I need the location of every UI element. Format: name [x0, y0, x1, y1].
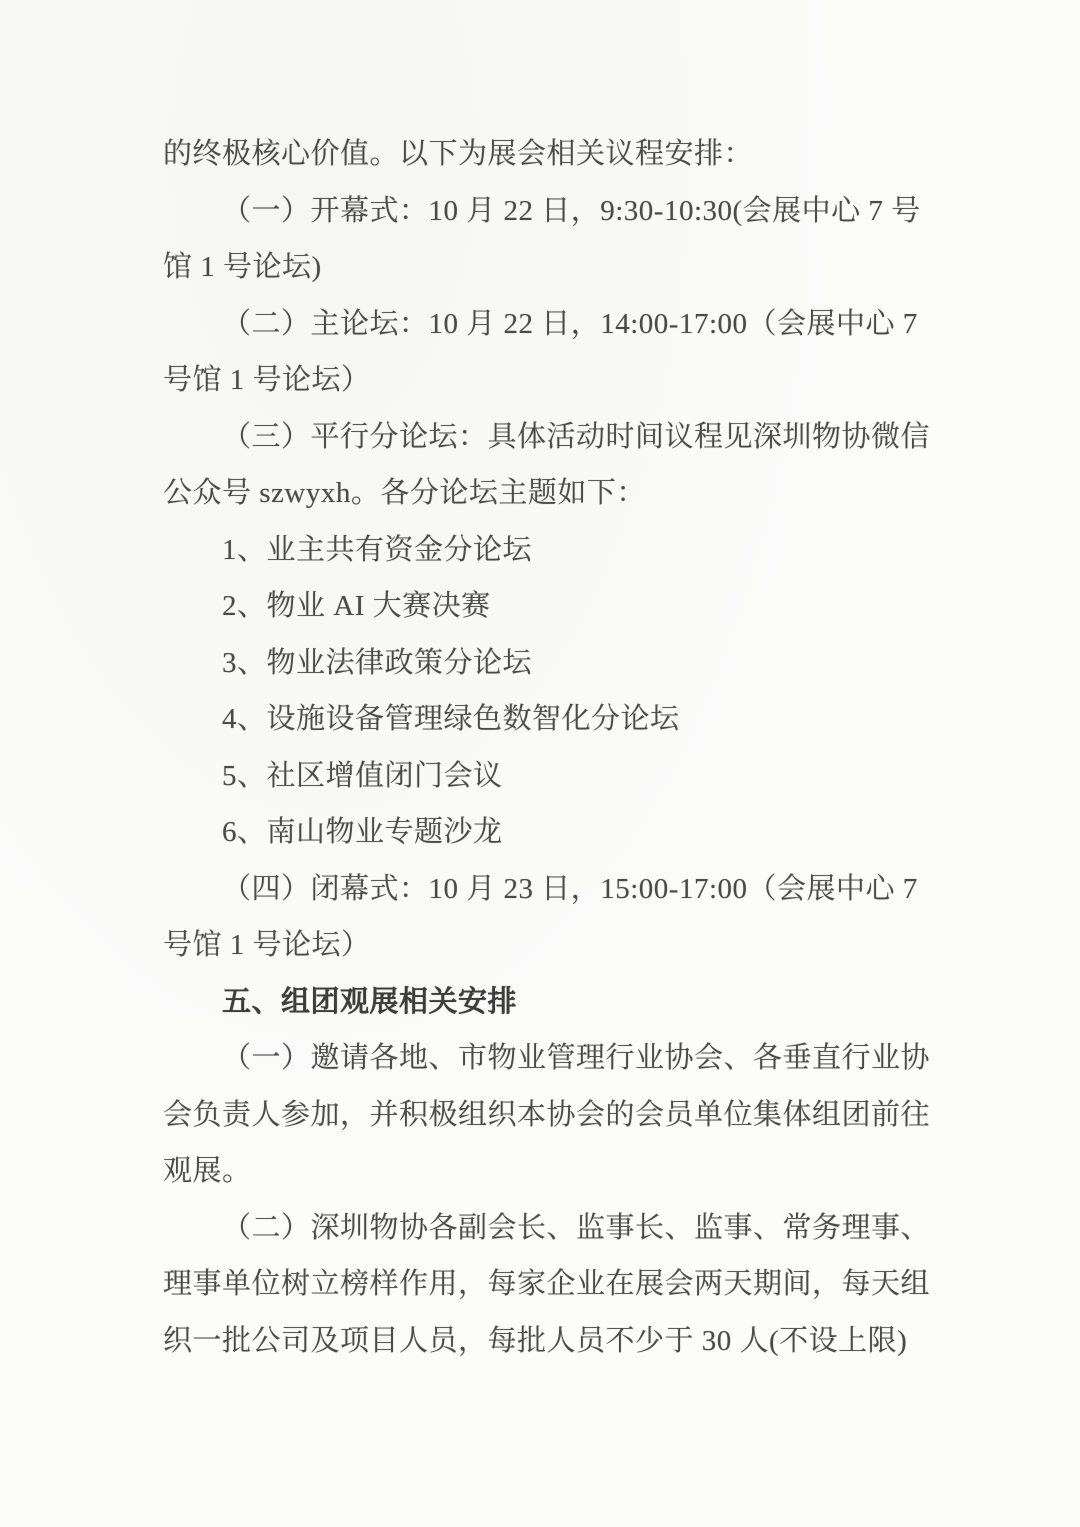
doc-line-group-visit-1: （一）邀请各地、市物业管理行业协会、各垂直行业协 — [163, 1030, 963, 1087]
doc-line-subforum-3: 3、物业法律政策分论坛 — [163, 635, 963, 692]
document-page: 的终极核心价值。以下为展会相关议程安排： （一）开幕式：10 月 22 日，9:… — [163, 126, 963, 1369]
doc-line-continuation: 观展。 — [163, 1143, 963, 1200]
doc-line-subforum-2: 2、物业 AI 大赛决赛 — [163, 578, 963, 635]
section-heading-5-group-visit: 五、组团观展相关安排 — [163, 974, 963, 1031]
doc-line-item-4-closing-ceremony: （四）闭幕式：10 月 23 日，15:00-17:00（会展中心 7 — [163, 861, 963, 918]
doc-line-item-3-parallel-forums: （三）平行分论坛：具体活动时间议程见深圳物协微信 — [163, 409, 963, 466]
doc-line-continuation: 公众号 szwyxh。各分论坛主题如下： — [163, 465, 963, 522]
doc-line-subforum-4: 4、设施设备管理绿色数智化分论坛 — [163, 691, 963, 748]
doc-line-continuation: 馆 1 号论坛) — [163, 239, 963, 296]
doc-line-continuation: 的终极核心价值。以下为展会相关议程安排： — [163, 126, 963, 183]
doc-line-continuation: 号馆 1 号论坛） — [163, 352, 963, 409]
doc-line-item-1-opening-ceremony: （一）开幕式：10 月 22 日，9:30-10:30(会展中心 7 号 — [163, 183, 963, 240]
doc-line-item-2-main-forum: （二）主论坛：10 月 22 日，14:00-17:00（会展中心 7 — [163, 296, 963, 353]
doc-line-continuation: 号馆 1 号论坛） — [163, 917, 963, 974]
doc-line-continuation: 织一批公司及项目人员，每批人员不少于 30 人(不设上限) — [163, 1313, 963, 1370]
doc-line-continuation: 理事单位树立榜样作用，每家企业在展会两天期间，每天组 — [163, 1256, 963, 1313]
doc-line-group-visit-2: （二）深圳物协各副会长、监事长、监事、常务理事、 — [163, 1200, 963, 1257]
doc-line-subforum-5: 5、社区增值闭门会议 — [163, 748, 963, 805]
doc-line-subforum-1: 1、业主共有资金分论坛 — [163, 522, 963, 579]
doc-line-continuation: 会负责人参加，并积极组织本协会的会员单位集体组团前往 — [163, 1087, 963, 1144]
doc-line-subforum-6: 6、南山物业专题沙龙 — [163, 804, 963, 861]
